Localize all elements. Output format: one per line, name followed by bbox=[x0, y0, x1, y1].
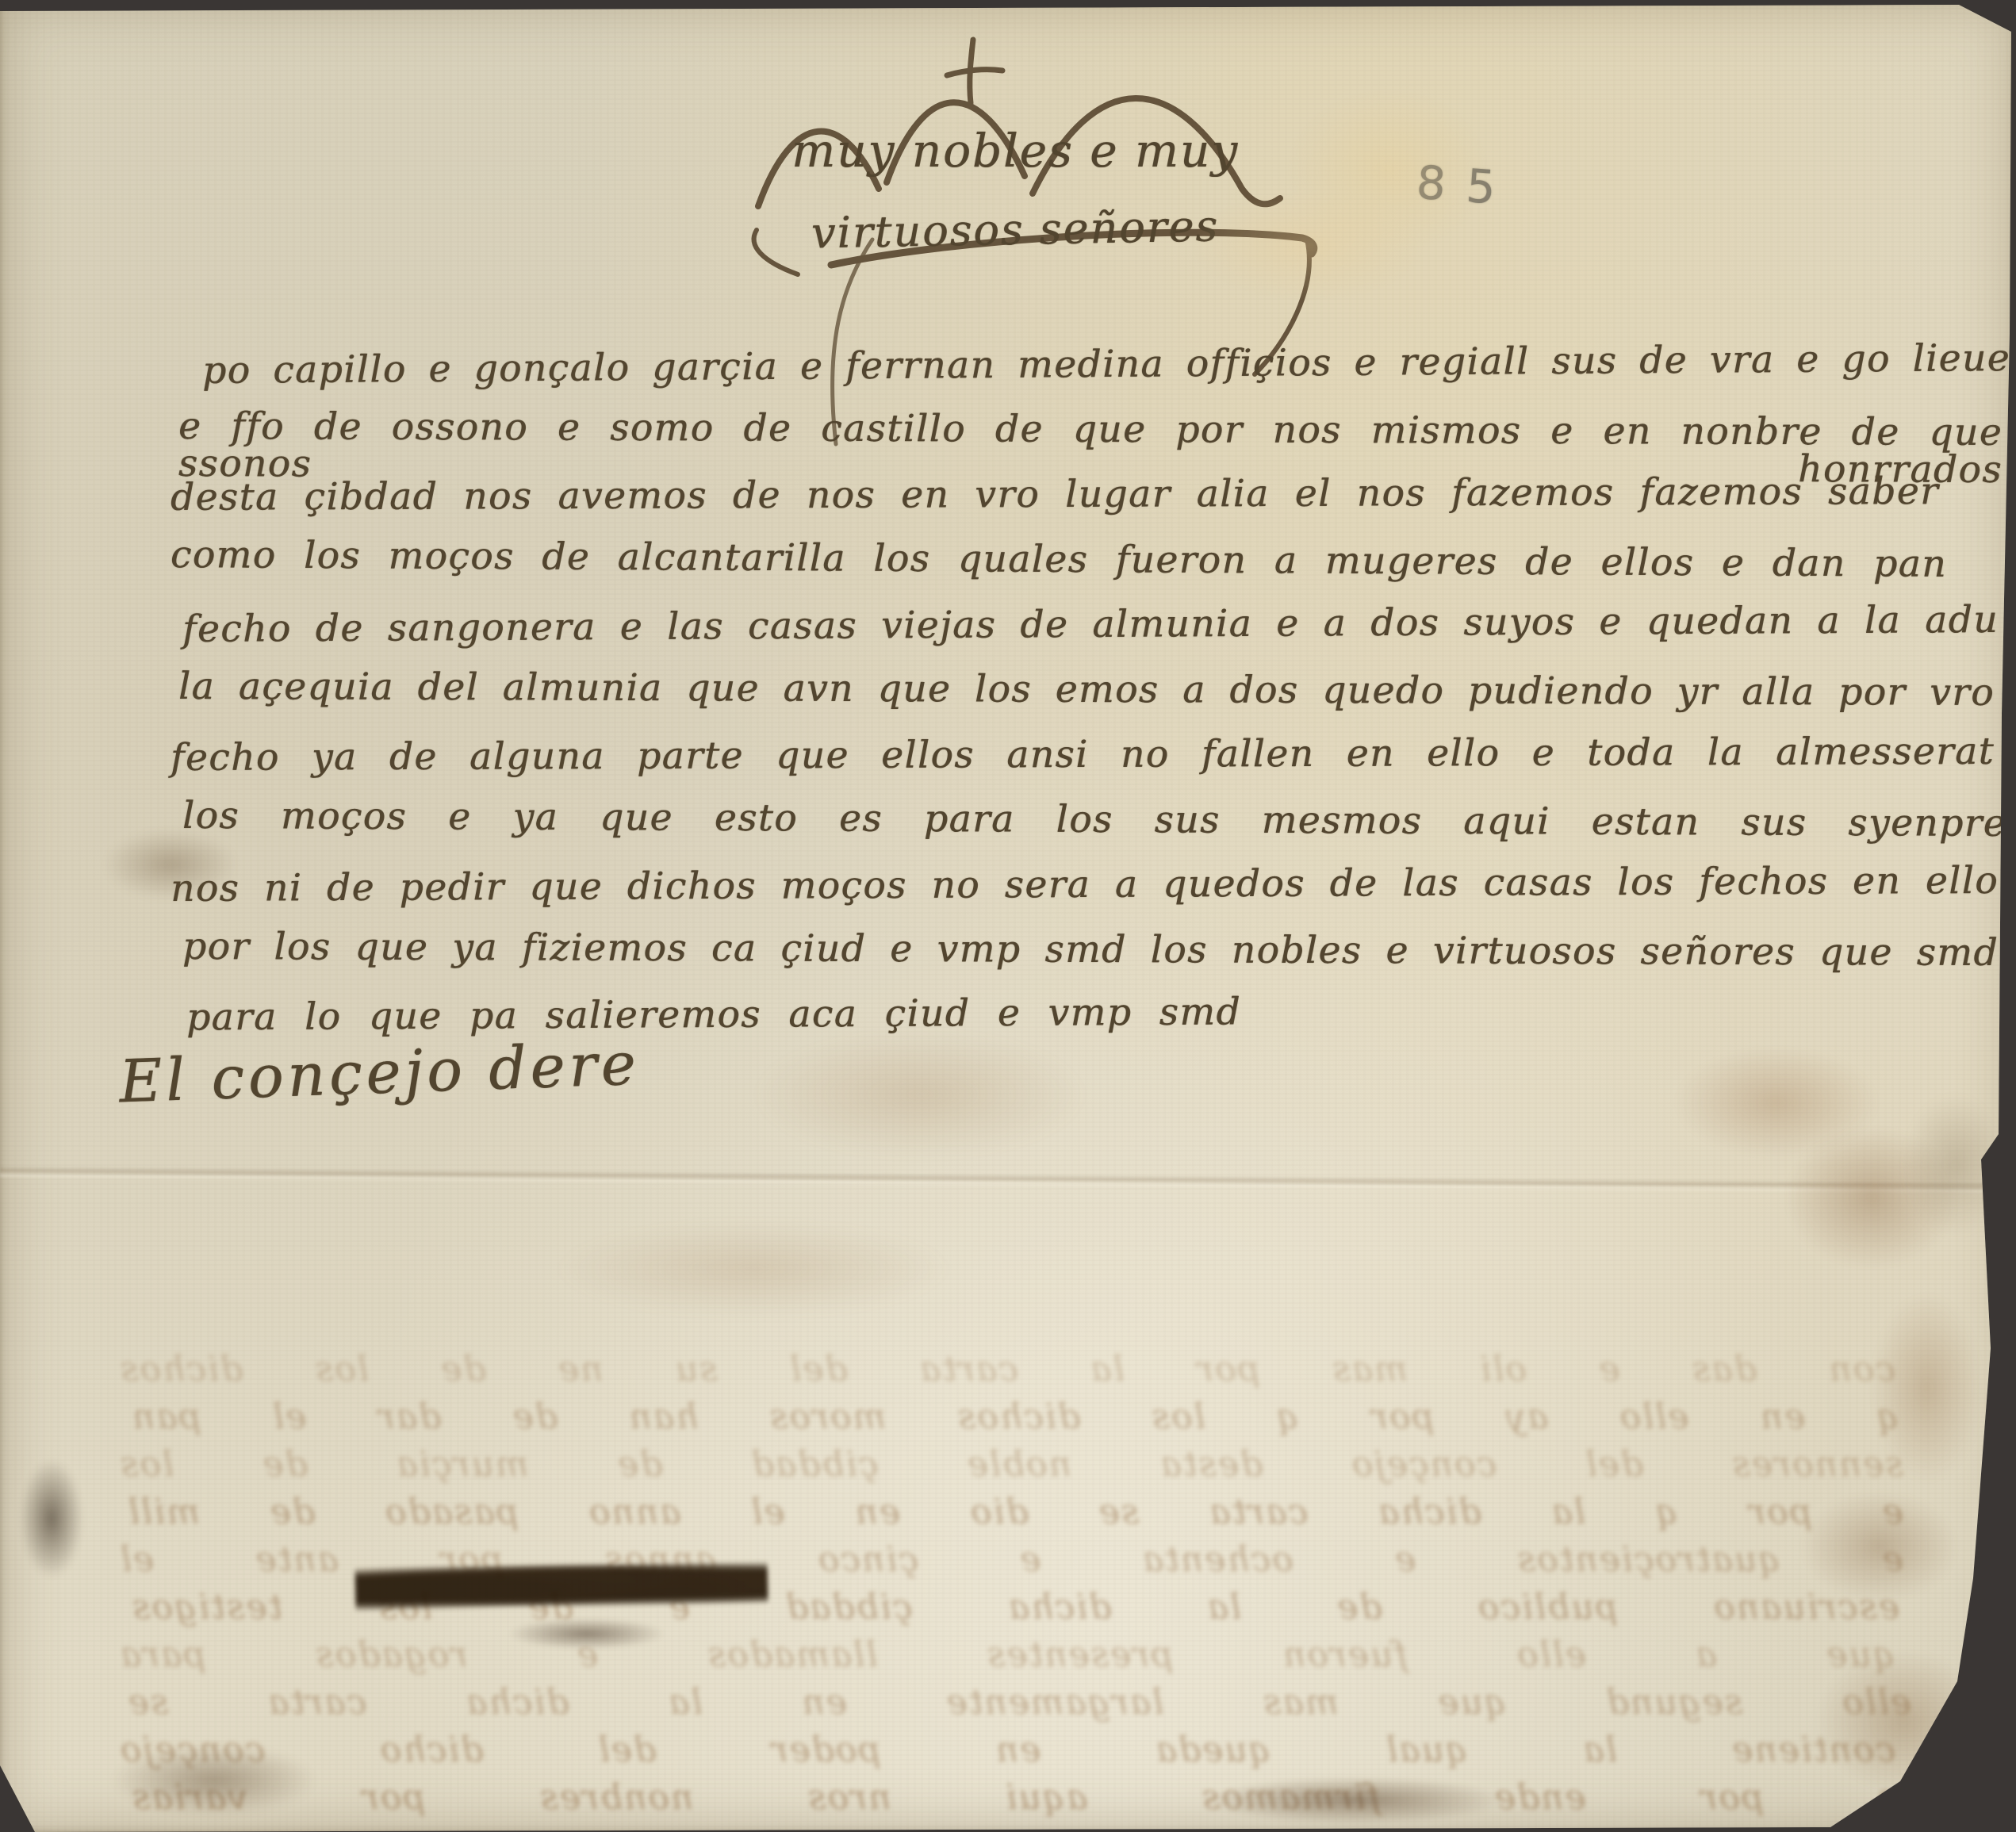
flourish-lead bbox=[754, 230, 798, 274]
verso-line: e por ende firmamos aqui nros nonbres po… bbox=[131, 1780, 1899, 1815]
stain bbox=[1673, 1047, 1880, 1158]
closing-signature: El conçejo dere bbox=[118, 1030, 641, 1117]
invocation-cross bbox=[947, 70, 1002, 75]
verso-line: e por q la dicha carta se dio en el anno… bbox=[127, 1495, 1903, 1530]
invocation-cross bbox=[970, 40, 973, 103]
verso-line: q en ello ay por q los dichos moros han … bbox=[131, 1400, 1899, 1435]
verso-line: que a ello fueron presentes llamados e r… bbox=[119, 1638, 1895, 1673]
body-line-10: por los que ya fiziemos ca çiud e vmp sm… bbox=[182, 928, 1999, 972]
body-line-5: fecho de sangonera e las casas viejas de… bbox=[182, 601, 1999, 648]
body-line-11: para lo que pa salieremos aca çiud e vmp… bbox=[186, 994, 1241, 1037]
fold-crease bbox=[0, 1166, 2016, 1194]
verso-line: con das e oli mas por la carta del su ne… bbox=[119, 1352, 1895, 1387]
body-line-9: nos ni de pedir que dichos moços no sera… bbox=[171, 862, 1999, 907]
folio-number-pencil: 85 bbox=[1415, 155, 1518, 217]
body-line-3: desta çibdad nos avemos de nos en vro lu… bbox=[171, 473, 1939, 516]
body-line-4: como los moços de alcantarilla los quale… bbox=[171, 536, 1947, 583]
stain bbox=[20, 1459, 83, 1578]
body-line-8: los moços e ya que esto es para los sus … bbox=[182, 797, 2006, 842]
verso-line: ello segund que mas largamente en la dic… bbox=[127, 1685, 1911, 1720]
manuscript-page: 85 muy nobles e muy virtuosos señores po… bbox=[0, 0, 2016, 1832]
ink-blot bbox=[355, 1560, 768, 1612]
stain bbox=[753, 1031, 1087, 1158]
scan-background: 85 muy nobles e muy virtuosos señores po… bbox=[0, 0, 2016, 1832]
stain bbox=[1784, 1126, 1959, 1269]
stain bbox=[1903, 1094, 2006, 1237]
stain bbox=[555, 1221, 952, 1317]
heading-line-2: virtuosos señores bbox=[808, 201, 1221, 258]
body-line-1: po capillo e gonçalo garçia e ferrnan me… bbox=[202, 339, 2010, 389]
verso-line: sennores del conçejo desta noble çibdad … bbox=[119, 1447, 1903, 1482]
body-line-6: la açequia del almunia que avn que los e… bbox=[178, 668, 1995, 711]
heading-line-1: muy nobles e muy bbox=[777, 124, 1253, 178]
verso-line: contiene la qual queda en poder del dich… bbox=[119, 1733, 1895, 1768]
stain bbox=[1190, 190, 1428, 301]
body-line-7: fecho ya de alguna parte que ellos ansi … bbox=[171, 733, 1995, 776]
